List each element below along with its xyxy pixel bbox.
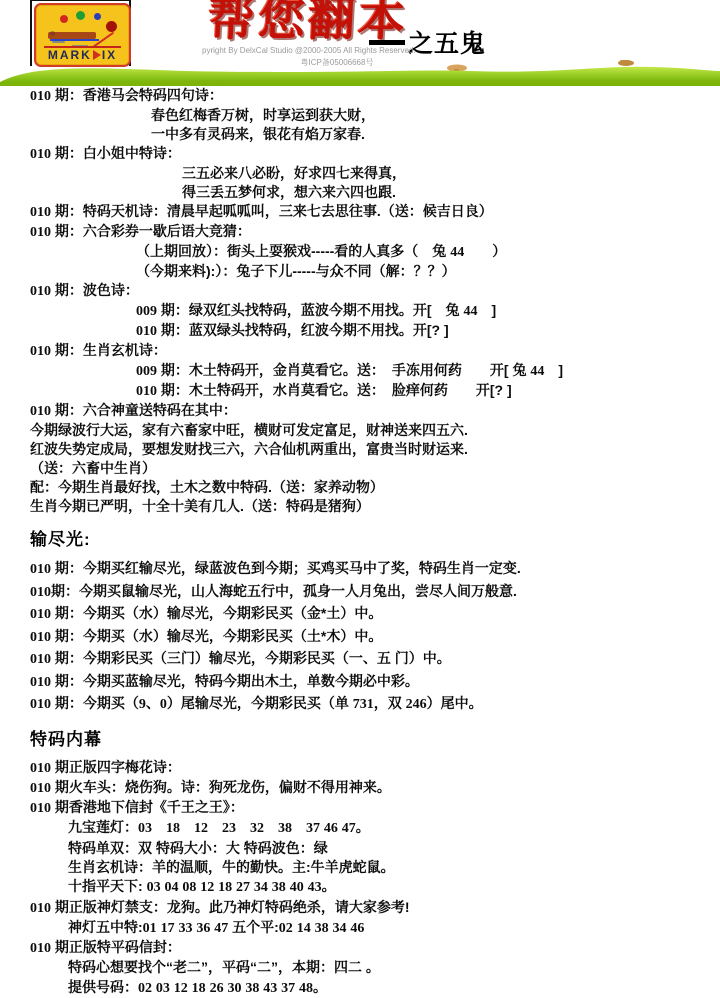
text-line: 010 期：白小姐中特诗： [30, 144, 712, 164]
logo-arrow-icon [93, 50, 101, 60]
text-line: 010 期正版神灯禁支：龙狗。此乃神灯特码绝杀，请大家参考! [30, 898, 712, 918]
text-line: 生肖玄机诗：羊的温顺，牛的勤快。主:牛羊虎蛇鼠。 [68, 858, 712, 877]
text-line: （送：六畜中生肖） [30, 459, 712, 478]
text-line: 得三丢五梦何求，想六来六四也跟. [182, 183, 712, 202]
text-line: 009 期：绿双红头找特码，蓝波今期不用找。开[ 兔 44 ] [136, 301, 712, 321]
text-line: 010 期火车头：烧伤狗。诗：狗死龙伤，偏财不得用神来。 [30, 778, 712, 798]
text-line: 春色红梅香万树，时享运到获大财， [151, 106, 712, 125]
text-line: 009 期：木土特码开，金肖莫看它。送： 手冻用何药 开[ 兔 44 ] [136, 361, 712, 381]
text-line: 010 期：波色诗： [30, 281, 712, 301]
text-line: 配：今期生肖最好找，土木之数中特码.（送：家养动物） [30, 478, 712, 497]
logo-cell: MARKIX [30, 0, 131, 66]
text-line: 红波失势定成局，要想发财找三六，六合仙机两重出，富贵当时财运来. [30, 440, 712, 459]
logo-blue-underline [50, 39, 99, 41]
text-line: 010 期：今期彩民买（三门）输尽光，今期彩民买（一、五 门）中。 [30, 648, 712, 671]
section-1: 010 期：香港马会特码四句诗：春色红梅香万树，时享运到获大财，一中多有灵码来，… [30, 86, 712, 516]
body-content: 010 期：香港马会特码四句诗：春色红梅香万树，时享运到获大财，一中多有灵码来，… [30, 86, 712, 935]
logo-dot-icon [76, 11, 85, 20]
text-line: 010 期：木土特码开，水肖莫看它。送： 脸痒何药 开[? ] [136, 381, 712, 401]
logo-wordmark-smudge [48, 32, 96, 39]
text-line: 010 期：特码天机诗：清晨早起呱呱叫，三来七去思往事.（送：候吉日良） [30, 202, 712, 222]
text-line: 010 期：蓝双绿头找特码，红波今期不用找。开[? ] [136, 321, 712, 341]
text-line: 010 期：六合神童送特码在其中： [30, 401, 712, 421]
text-line: 特码单双：双 特码大小：大 特码波色：绿 [68, 839, 712, 858]
title-dash [369, 40, 405, 45]
text-line: 010 期：今期买蓝输尽光，特码今期出木土，单数今期必中彩。 [30, 671, 712, 694]
text-line: 010 期：生肖玄机诗： [30, 341, 712, 361]
text-line: 生肖今期已严明，十全十美有几人.（送：特码是猪狗） [30, 497, 712, 516]
text-line: 010 期：香港马会特码四句诗： [30, 86, 712, 106]
text-line: 神灯五中特:01 17 33 36 47 五个平:02 14 38 34 46 [68, 918, 712, 935]
section-heading: 特码内幕 [30, 725, 712, 750]
logo-dot-icon [60, 15, 68, 23]
text-line: 今期绿波行大运，家有六畜家中旺，横财可发定富足，财神送来四五六. [30, 421, 712, 440]
text-line: 010 期正版四字梅花诗： [30, 758, 712, 778]
text-line: 010 期：今期买红输尽光，绿蓝波色到今期；买鸡买马中了奖，特码生肖一定变. [30, 558, 712, 581]
text-line: 九宝莲灯：03 18 12 23 32 38 37 46 47。 [68, 818, 712, 838]
text-line: 010 期：今期买（9、0）尾输尽光，今期彩民买（单 731，双 246）尾中。 [30, 693, 712, 716]
text-line: 三五必来八必盼，好求四七来得真， [182, 164, 712, 183]
text-line: （上期回放）：街头上耍猴戏-----看的人真多（ 兔 44 ） [136, 242, 712, 262]
page-header: MARKIX 帮您翻本 之五鬼 pyright By DelxCal Studi… [0, 0, 720, 86]
text-line: 十指平天下: 03 04 08 12 18 27 34 38 40 43。 [68, 877, 712, 897]
text-line: 010 期：今期买（水）输尽光，今期彩民买（金*土）中。 [30, 603, 712, 626]
section-3: 特码内幕010 期正版四字梅花诗：010 期火车头：烧伤狗。诗：狗死龙伤，偏财不… [30, 725, 712, 936]
text-line: （今期来料):）：兔子下儿-----与众不同（解：？？） [136, 262, 712, 281]
page-title: 帮您翻本 [207, 0, 409, 43]
copyright-line: pyright By DelxCal Studio @2000-2005 All… [202, 46, 472, 55]
grass-banner [0, 60, 720, 86]
text-line: 010 期香港地下信封《千王之王》： [30, 798, 712, 818]
text-line: 010期：今期买鼠输尽光，山人海蛇五行中，孤身一人月兔出，尝尽人间万般意. [30, 581, 712, 604]
logo-dot-icon [106, 21, 117, 32]
mark-six-logo[interactable]: MARKIX [34, 3, 131, 67]
text-line: 一中多有灵码来，银花有焰万家春. [151, 125, 712, 144]
logo-dash-icon [52, 41, 65, 43]
text-line: 010 期：六合彩券一歇后语大竞猜： [30, 222, 712, 242]
text-line: 010 期：今期买（水）输尽光，今期彩民买（土*木）中。 [30, 626, 712, 649]
section-2: 输尽光:010 期：今期买红输尽光，绿蓝波色到今期；买鸡买马中了奖，特码生肖一定… [30, 525, 712, 716]
section-heading: 输尽光: [30, 525, 712, 550]
grass-figure-icon [618, 60, 634, 66]
logo-dot-icon [94, 13, 101, 20]
